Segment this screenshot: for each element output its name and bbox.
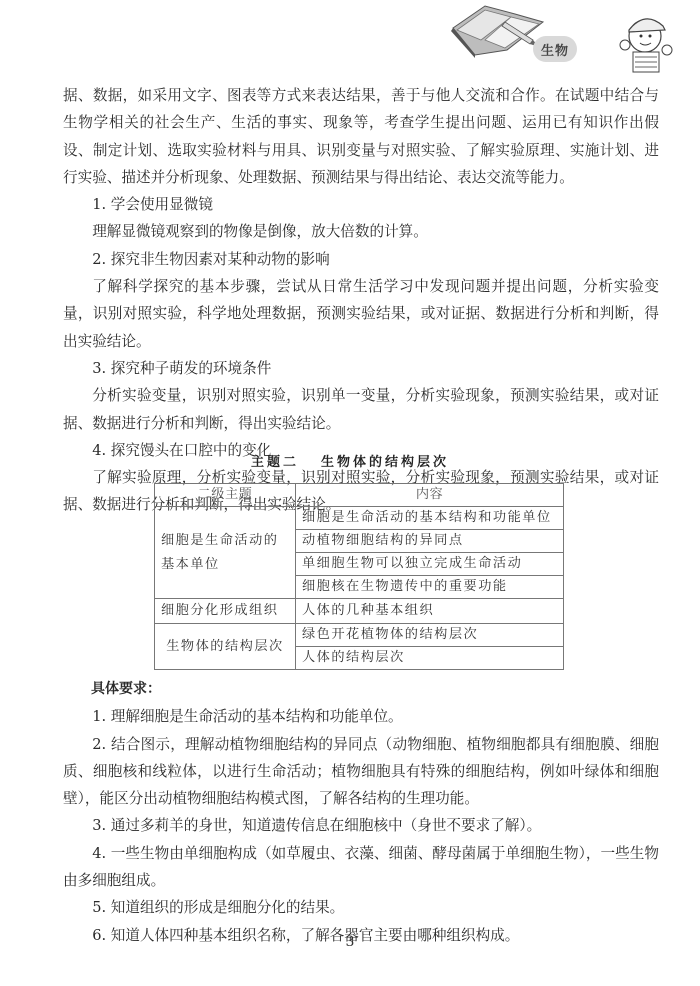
item-heading: 3. 探究种子萌发的环境条件 (63, 355, 659, 382)
section-requirements: 具体要求： 1. 理解细胞是生命活动的基本结构和功能单位。 2. 结合图示，理解… (63, 676, 659, 949)
table-header-row: 二级主题 内容 (155, 484, 564, 507)
content-cell: 单细胞生物可以独立完成生命活动 (296, 553, 564, 576)
continuation-paragraph: 据、数据，如采用文字、图表等方式来表达结果，善于与他人交流和合作。在试题中结合与… (63, 82, 659, 191)
table-row: 生物体的结构层次 绿色开花植物体的结构层次 (155, 624, 564, 647)
item-body: 分析实验变量，识别对照实验，识别单一变量，分析实验现象，预测实验结果，或对证据、… (63, 382, 659, 437)
requirement-item: 2. 结合图示，理解动植物细胞结构的异同点（动物细胞、植物细胞都具有细胞膜、细胞… (63, 731, 659, 813)
subtopic-cell: 细胞分化形成组织 (155, 599, 296, 624)
topic-table: 二级主题 内容 细胞是生命活动的基本单位 细胞是生命活动的基本结构和功能单位 动… (154, 483, 564, 670)
content-cell: 人体的结构层次 (296, 647, 564, 670)
content-cell: 细胞是生命活动的基本结构和功能单位 (296, 507, 564, 530)
subtopic-cell: 生物体的结构层次 (155, 624, 296, 670)
subject-badge: 生物 (533, 36, 577, 62)
item-body: 理解显微镜观察到的物像是倒像，放大倍数的计算。 (63, 218, 659, 245)
content-cell: 人体的几种基本组织 (296, 599, 564, 624)
table-title-name: 生物体的结构层次 (321, 455, 449, 470)
requirements-title: 具体要求： (63, 676, 659, 703)
table-row: 细胞分化形成组织 人体的几种基本组织 (155, 599, 564, 624)
subtopic-cell: 细胞是生命活动的基本单位 (155, 507, 296, 599)
item-heading: 1. 学会使用显微镜 (63, 191, 659, 218)
table-title-theme: 主题二 (251, 455, 299, 470)
header-subtopic: 二级主题 (155, 484, 296, 507)
table-row: 细胞是生命活动的基本单位 细胞是生命活动的基本结构和功能单位 (155, 507, 564, 530)
item-heading: 2. 探究非生物因素对某种动物的影响 (63, 246, 659, 273)
page-number: 3 (0, 934, 700, 950)
header-content: 内容 (296, 484, 564, 507)
requirement-item: 3. 通过多莉羊的身世，知道遗传信息在细胞核中（身世不要求了解）。 (63, 812, 659, 839)
table-title: 主题二生物体的结构层次 (0, 451, 700, 470)
content-cell: 绿色开花植物体的结构层次 (296, 624, 564, 647)
content-cell: 细胞核在生物遗传中的重要功能 (296, 576, 564, 599)
item-body: 了解科学探究的基本步骤，尝试从日常生活学习中发现问题并提出问题，分析实验变量，识… (63, 273, 659, 355)
requirement-item: 1. 理解细胞是生命活动的基本结构和功能单位。 (63, 703, 659, 730)
requirement-item: 4. 一些生物由单细胞构成（如草履虫、衣藻、细菌、酵母菌属于单细胞生物），一些生… (63, 840, 659, 895)
requirement-item: 5. 知道组织的形成是细胞分化的结果。 (63, 894, 659, 921)
content-cell: 动植物细胞结构的异同点 (296, 530, 564, 553)
